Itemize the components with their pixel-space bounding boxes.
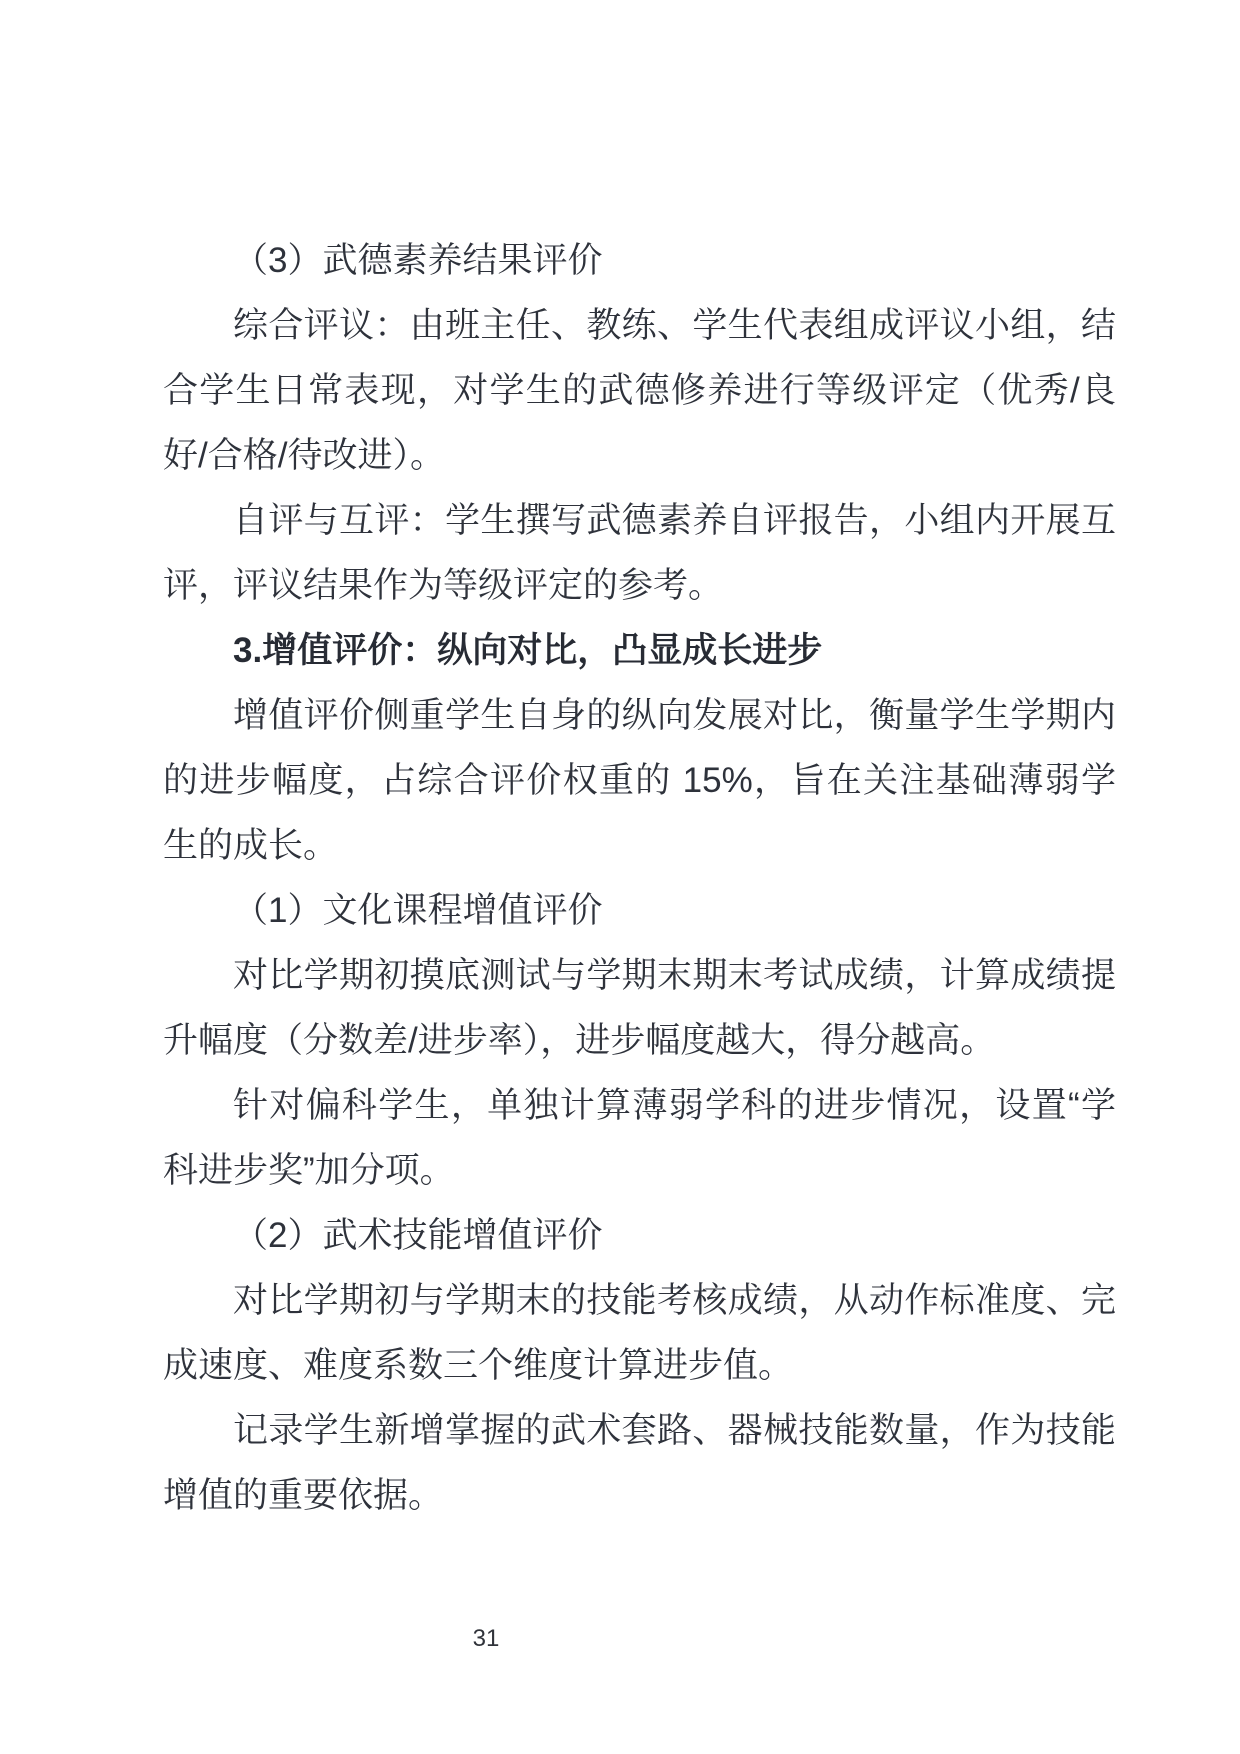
heading-value-added-evaluation: 3.增值评价：纵向对比，凸显成长进步 (163, 618, 1116, 683)
paragraph-skill-comparison: 对比学期初与学期末的技能考核成绩，从动作标准度、完成速度、难度系数三个维度计算进… (163, 1268, 1116, 1398)
subheading-culture-course-evaluation: （1）文化课程增值评价 (163, 878, 1116, 943)
subheading-wushu-skill-evaluation: （2）武术技能增值评价 (163, 1203, 1116, 1268)
paragraph-value-added-intro: 增值评价侧重学生自身的纵向发展对比，衡量学生学期内的进步幅度，占综合评价权重的 … (163, 683, 1116, 878)
document-page: （3）武德素养结果评价 综合评议：由班主任、教练、学生代表组成评议小组，结合学生… (0, 0, 1240, 1754)
subheading-wude-result-evaluation: （3）武德素养结果评价 (163, 228, 1116, 293)
paragraph-new-skill-record: 记录学生新增掌握的武术套路、器械技能数量，作为技能增值的重要依据。 (163, 1398, 1116, 1528)
paragraph-score-comparison: 对比学期初摸底测试与学期末期末考试成绩，计算成绩提升幅度（分数差/进步率），进步… (163, 943, 1116, 1073)
paragraph-weak-subject-award: 针对偏科学生，单独计算薄弱学科的进步情况，设置“学科进步奖”加分项。 (163, 1073, 1116, 1203)
text-content: （3）武德素养结果评价 综合评议：由班主任、教练、学生代表组成评议小组，结合学生… (163, 228, 1116, 1528)
paragraph-comprehensive-review: 综合评议：由班主任、教练、学生代表组成评议小组，结合学生日常表现，对学生的武德修… (163, 293, 1116, 488)
page-number: 31 (446, 1622, 526, 1656)
paragraph-self-and-peer-review: 自评与互评：学生撰写武德素养自评报告，小组内开展互评，评议结果作为等级评定的参考… (163, 488, 1116, 618)
